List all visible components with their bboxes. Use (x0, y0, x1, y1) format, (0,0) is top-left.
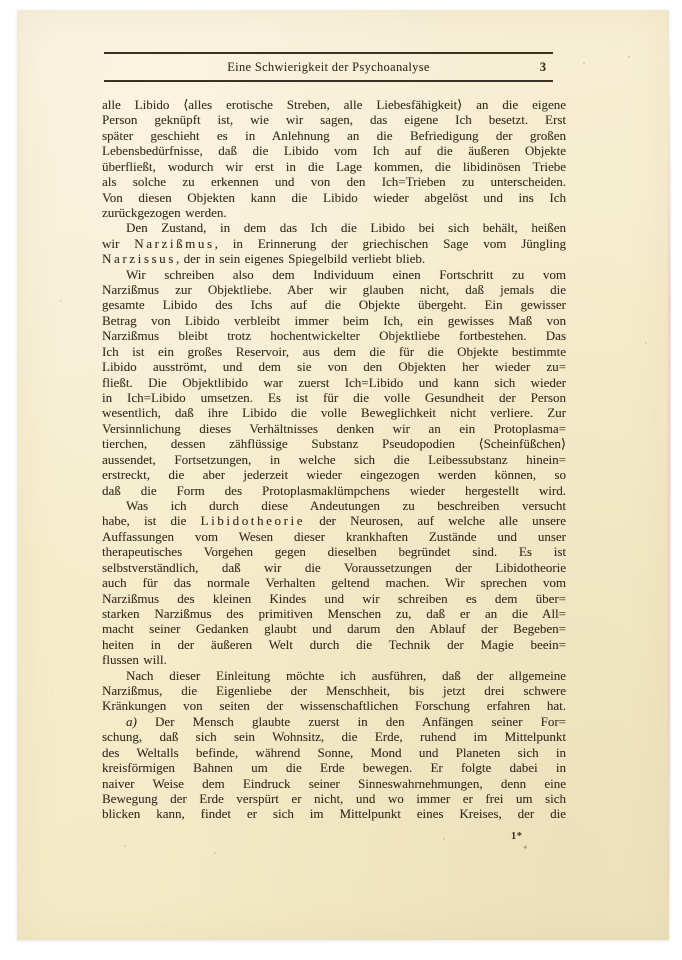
text-line: blicken kann, findet er sich im Mittelpu… (102, 806, 566, 821)
text-line: a) Der Mensch glaubte zuerst in den Anfä… (102, 714, 566, 729)
print-fleck (443, 838, 445, 840)
page-number: 3 (540, 57, 546, 77)
print-fleck (628, 56, 630, 58)
text-line: Auffassungen vom Wesen dieser krankhafte… (102, 529, 566, 544)
text-line: Libido ausströmt, und dem sie von den Ob… (102, 359, 566, 374)
text-line: Lebensbedürfnisse, daß die Libido vom Ic… (102, 143, 566, 158)
text-line: in Ich=Libido umsetzen. Es ist für die v… (102, 390, 566, 405)
text-line: Narzißmus bleibt trotz hochentwickelter … (102, 328, 566, 343)
text-line: Versinnlichung dieses Verhältnisses denk… (102, 421, 566, 436)
text-line: wir Narzißmus, in Erinnerung der griechi… (102, 236, 566, 251)
text-line: Ich ist ein großes Reservoir, aus dem di… (102, 344, 566, 359)
text-line: Narzißmus des kleinen Kindes und wir sch… (102, 591, 566, 606)
text-line: heiten in der äußeren Welt durch die Tec… (102, 637, 566, 652)
text-line: später geschieht es in Anlehnung an die … (102, 128, 566, 143)
text-line: gesamte Libido des Ichs auf die Objekte … (102, 297, 566, 312)
text-line: als solche zu erkennen und von den Ich=T… (102, 174, 566, 189)
text-line: Wir schreiben also dem Individuum einen … (102, 267, 566, 282)
text-line: Von diesen Objekten kann die Libido wied… (102, 190, 566, 205)
text-line: kreisförmigen Bahnen um die Erde bewegen… (102, 760, 566, 775)
text-line: erstreckt, die aber jederzeit wieder ein… (102, 467, 566, 482)
text-line: starken Narzißmus des primitiven Mensche… (102, 606, 566, 621)
print-fleck (214, 852, 216, 854)
text-line: Kränkungen von seiten der wissenschaftli… (102, 698, 566, 713)
header-rule-bottom (104, 80, 553, 82)
text-line: fließt. Die Objektlibido war zuerst Ich=… (102, 375, 566, 390)
text-line: Betrag von Libido verbleibt immer beim I… (102, 313, 566, 328)
text-line: überfließt, wodurch wir erst in die Lage… (102, 159, 566, 174)
text-line: auch für das normale Verhalten geltend m… (102, 575, 566, 590)
print-fleck (645, 342, 647, 344)
text-line: aussendet, Fortsetzungen, in welche sich… (102, 452, 566, 467)
text-line: naiver Weise dem Eindruck seiner Sinnesw… (102, 776, 566, 791)
running-head-title: Eine Schwierigkeit der Psychoanalyse (104, 57, 553, 77)
text-line: wesentlich, daß ihre Libido die volle Be… (102, 405, 566, 420)
text-line: zurückgezogen werden. (102, 205, 566, 220)
signature-mark: 1* (511, 831, 523, 842)
print-fleck (124, 845, 126, 847)
signature-star: * (523, 844, 528, 854)
text-line: Bewegung der Erde verspürt er nicht, und… (102, 791, 566, 806)
text-line: Den Zustand, in dem das Ich die Libido b… (102, 220, 566, 235)
text-line: tierchen, dessen zähflüssige Substanz Ps… (102, 436, 566, 451)
print-fleck (583, 62, 585, 64)
book-page: Eine Schwierigkeit der Psychoanalyse 3 a… (17, 10, 669, 940)
text-line: schung, daß sich sein Wohnsitz, die Erde… (102, 729, 566, 744)
header-rule-top (104, 52, 553, 54)
text-line: therapeutisches Vorgehen gegen dieselben… (102, 544, 566, 559)
text-line: daß die Form des Protoplasmaklümpchens w… (102, 483, 566, 498)
scan-background: { "colors": { "paper": "#f5ecca", "ink":… (0, 0, 682, 960)
text-line: des Weltalls befinde, während Sonne, Mon… (102, 745, 566, 760)
text-line: Was ich durch diese Andeutungen zu besch… (102, 498, 566, 513)
body-text: alle Libido ⟨alles erotische Streben, al… (102, 97, 566, 822)
text-line: Narzißmus zur Objektliebe. Aber wir glau… (102, 282, 566, 297)
text-line: alle Libido ⟨alles erotische Streben, al… (102, 97, 566, 112)
text-line: habe, ist die Libidotheorie der Neurosen… (102, 513, 566, 528)
print-fleck (60, 300, 62, 302)
text-line: flussen will. (102, 652, 566, 667)
text-line: Person geknüpft ist, wie wir sagen, das … (102, 112, 566, 127)
page-header: Eine Schwierigkeit der Psychoanalyse 3 (104, 57, 553, 77)
text-line: selbstverständlich, daß wir die Vorausse… (102, 560, 566, 575)
text-line: Nach dieser Einleitung möchte ich ausfüh… (102, 668, 566, 683)
text-line: macht seiner Gedanken glaubt und darum d… (102, 621, 566, 636)
text-line: Narzissus, der in sein eigenes Spiegelbi… (102, 251, 566, 266)
text-line: Narzißmus, die Eigenliebe der Menschheit… (102, 683, 566, 698)
